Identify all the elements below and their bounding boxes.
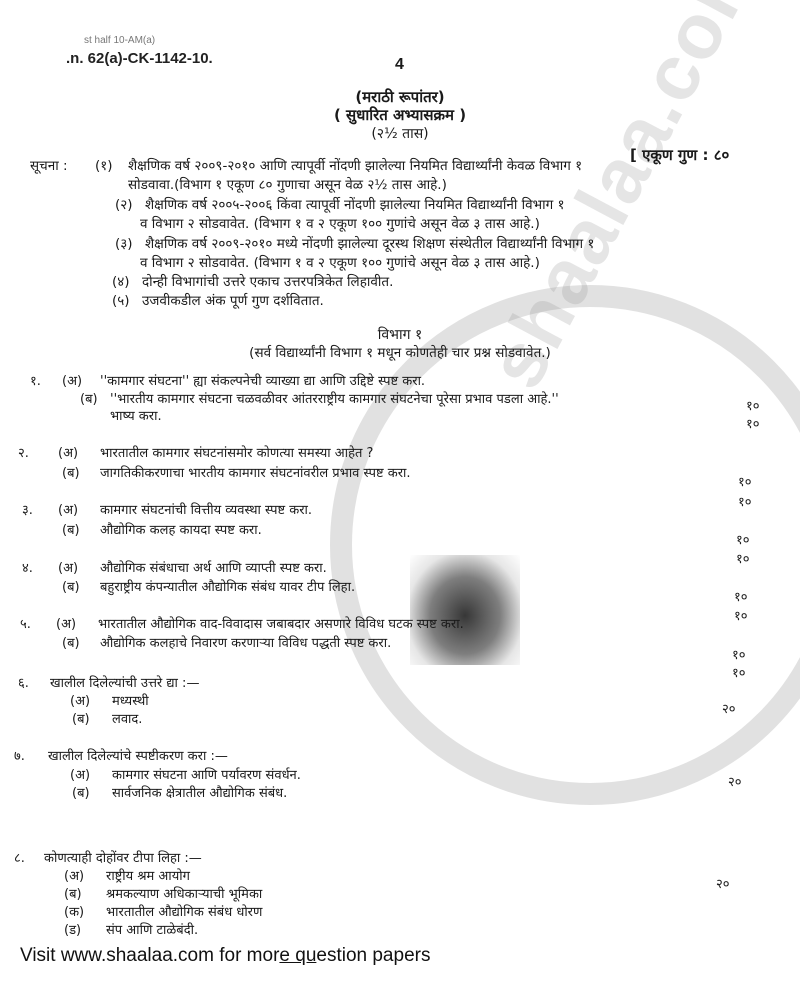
footer-link[interactable]: Visit www.shaalaa.com for more question … <box>20 945 430 967</box>
part-label: (अ) <box>58 500 78 518</box>
part-text: संप आणि टाळेबंदी. <box>106 920 198 938</box>
part-text: औद्योगिक कलह कायदा स्पष्ट करा. <box>100 520 262 538</box>
question-number: ६. <box>18 673 29 691</box>
part-label: (ब) <box>62 463 80 481</box>
section-subtitle: (सर्व विद्यार्थ्यांनी विभाग १ मधून कोणते… <box>0 343 800 361</box>
part-text: औद्योगिक संबंधाचा अर्थ आणि व्याप्ती स्पष… <box>100 558 327 576</box>
question-heading: खालील दिलेल्यांचे स्पष्टीकरण करा :— <box>48 746 228 764</box>
part-text: कामगार संघटना आणि पर्यावरण संवर्धन. <box>112 765 301 783</box>
marks: १० <box>734 606 748 624</box>
part-text: ''कामगार संघटना'' ह्या संकल्पनेची व्याख्… <box>100 371 425 389</box>
footer-text-prefix: Visit www.shaalaa.com for mor <box>20 945 279 966</box>
part-label: (अ) <box>56 614 76 632</box>
marks: १० <box>746 414 760 432</box>
footer-text-suffix: estion papers <box>316 945 430 966</box>
part-label: (क) <box>64 902 84 920</box>
question-heading: खालील दिलेल्यांची उत्तरे द्या :— <box>50 673 199 691</box>
instruction-text: दोन्ही विभागांची उत्तरे एकाच उत्तरपत्रिक… <box>142 272 393 290</box>
part-text: राष्ट्रीय श्रम आयोग <box>106 866 190 884</box>
part-label: (अ) <box>58 558 78 576</box>
instruction-text: शैक्षणिक वर्ष २००९-२०१० मध्ये नोंदणी झाल… <box>145 234 594 252</box>
part-label: (अ) <box>58 443 78 461</box>
part-text: मध्यस्थी <box>112 691 149 709</box>
instruction-text: व विभाग २ सोडवावेत. (विभाग १ व २ एकूण १०… <box>140 214 540 232</box>
question-number: ४. <box>22 558 33 576</box>
total-marks: [ एकूण गुण : ८० <box>630 145 729 165</box>
part-label: (अ) <box>70 691 90 709</box>
part-label: (ब) <box>80 389 98 407</box>
part-text: श्रमकल्याण अधिकाऱ्याची भूमिका <box>106 884 262 902</box>
question-heading: कोणत्याही दोहोंवर टीपा लिहा :— <box>44 848 202 866</box>
part-label: (ड) <box>64 920 81 938</box>
part-label: (अ) <box>64 866 84 884</box>
title-line-1: (मराठी रूपांतर) <box>0 87 800 107</box>
question-number: १. <box>30 371 41 389</box>
instruction-num: (३) <box>115 234 133 252</box>
part-label: (ब) <box>72 709 90 727</box>
part-text: बहुराष्ट्रीय कंपन्यातील औद्योगिक संबंध य… <box>100 577 355 595</box>
instruction-text: उजवीकडील अंक पूर्ण गुण दर्शवितात. <box>142 291 324 309</box>
marks: १० <box>746 396 760 414</box>
marks: २० <box>722 699 736 717</box>
paper-code-small: st half 10-AM(a) <box>84 35 155 46</box>
exam-duration: (२½ तास) <box>0 124 800 143</box>
paper-code: .n. 62(a)-CK-1142-10. <box>66 50 213 67</box>
instruction-text: शैक्षणिक वर्ष २००५-२००६ किंवा त्यापूर्वी… <box>145 195 565 213</box>
question-number: ८. <box>14 848 25 866</box>
marks: १० <box>732 645 746 663</box>
question-number: ३. <box>22 500 33 518</box>
part-text: भारतातील औद्योगिक वाद-विवादास जबाबदार अस… <box>98 614 464 632</box>
marks: १० <box>738 472 752 490</box>
marks: २० <box>716 874 730 892</box>
part-text: ''भारतीय कामगार संघटना चळवळीवर आंतरराष्ट… <box>110 389 559 407</box>
part-label: (ब) <box>72 783 90 801</box>
part-text: लवाद. <box>112 709 142 727</box>
scan-smudge <box>410 555 520 665</box>
instruction-num: (१) <box>95 156 113 174</box>
part-text: भारतातील औद्योगिक संबंध धोरण <box>106 902 262 920</box>
instruction-text: व विभाग २ सोडवावेत. (विभाग १ व २ एकूण १०… <box>140 253 540 271</box>
instruction-num: (५) <box>112 291 130 309</box>
marks: १० <box>736 530 750 548</box>
part-label: (अ) <box>62 371 82 389</box>
instructions-label: सूचना : <box>30 156 68 174</box>
marks: १० <box>734 587 748 605</box>
section-title: विभाग १ <box>0 325 800 344</box>
part-text: सार्वजनिक क्षेत्रातील औद्योगिक संबंध. <box>112 783 287 801</box>
part-label: (ब) <box>62 577 80 595</box>
marks: १० <box>736 549 750 567</box>
question-number: ५. <box>20 614 31 632</box>
part-label: (ब) <box>62 633 80 651</box>
question-number: २. <box>18 443 29 461</box>
instruction-num: (४) <box>112 272 130 290</box>
part-label: (ब) <box>64 884 82 902</box>
question-number: ७. <box>14 746 25 764</box>
part-text: कामगार संघटनांची वित्तीय व्यवस्था स्पष्ट… <box>100 500 312 518</box>
page-number: 4 <box>395 56 404 74</box>
marks: १० <box>732 663 746 681</box>
part-label: (अ) <box>70 765 90 783</box>
part-label: (ब) <box>62 520 80 538</box>
footer-text-underlined: e qu <box>279 945 316 966</box>
part-text: जागतिकीकरणाचा भारतीय कामगार संघटनांवरील … <box>100 463 411 481</box>
part-text-continued: भाष्य करा. <box>110 406 162 424</box>
part-text: औद्योगिक कलहाचे निवारण करणाऱ्या विविध पद… <box>100 633 391 651</box>
instruction-text: शैक्षणिक वर्ष २००९-२०१० आणि त्यापूर्वी न… <box>128 156 582 174</box>
marks: १० <box>738 492 752 510</box>
part-text: भारतातील कामगार संघटनांसमोर कोणत्या समस्… <box>100 443 373 461</box>
title-line-2: ( सुधारित अभ्यासक्रम ) <box>0 105 800 125</box>
marks: २० <box>728 772 742 790</box>
instruction-num: (२) <box>115 195 133 213</box>
instruction-text: सोडवावा.(विभाग १ एकूण ८० गुणाचा असून वेळ… <box>128 175 447 193</box>
